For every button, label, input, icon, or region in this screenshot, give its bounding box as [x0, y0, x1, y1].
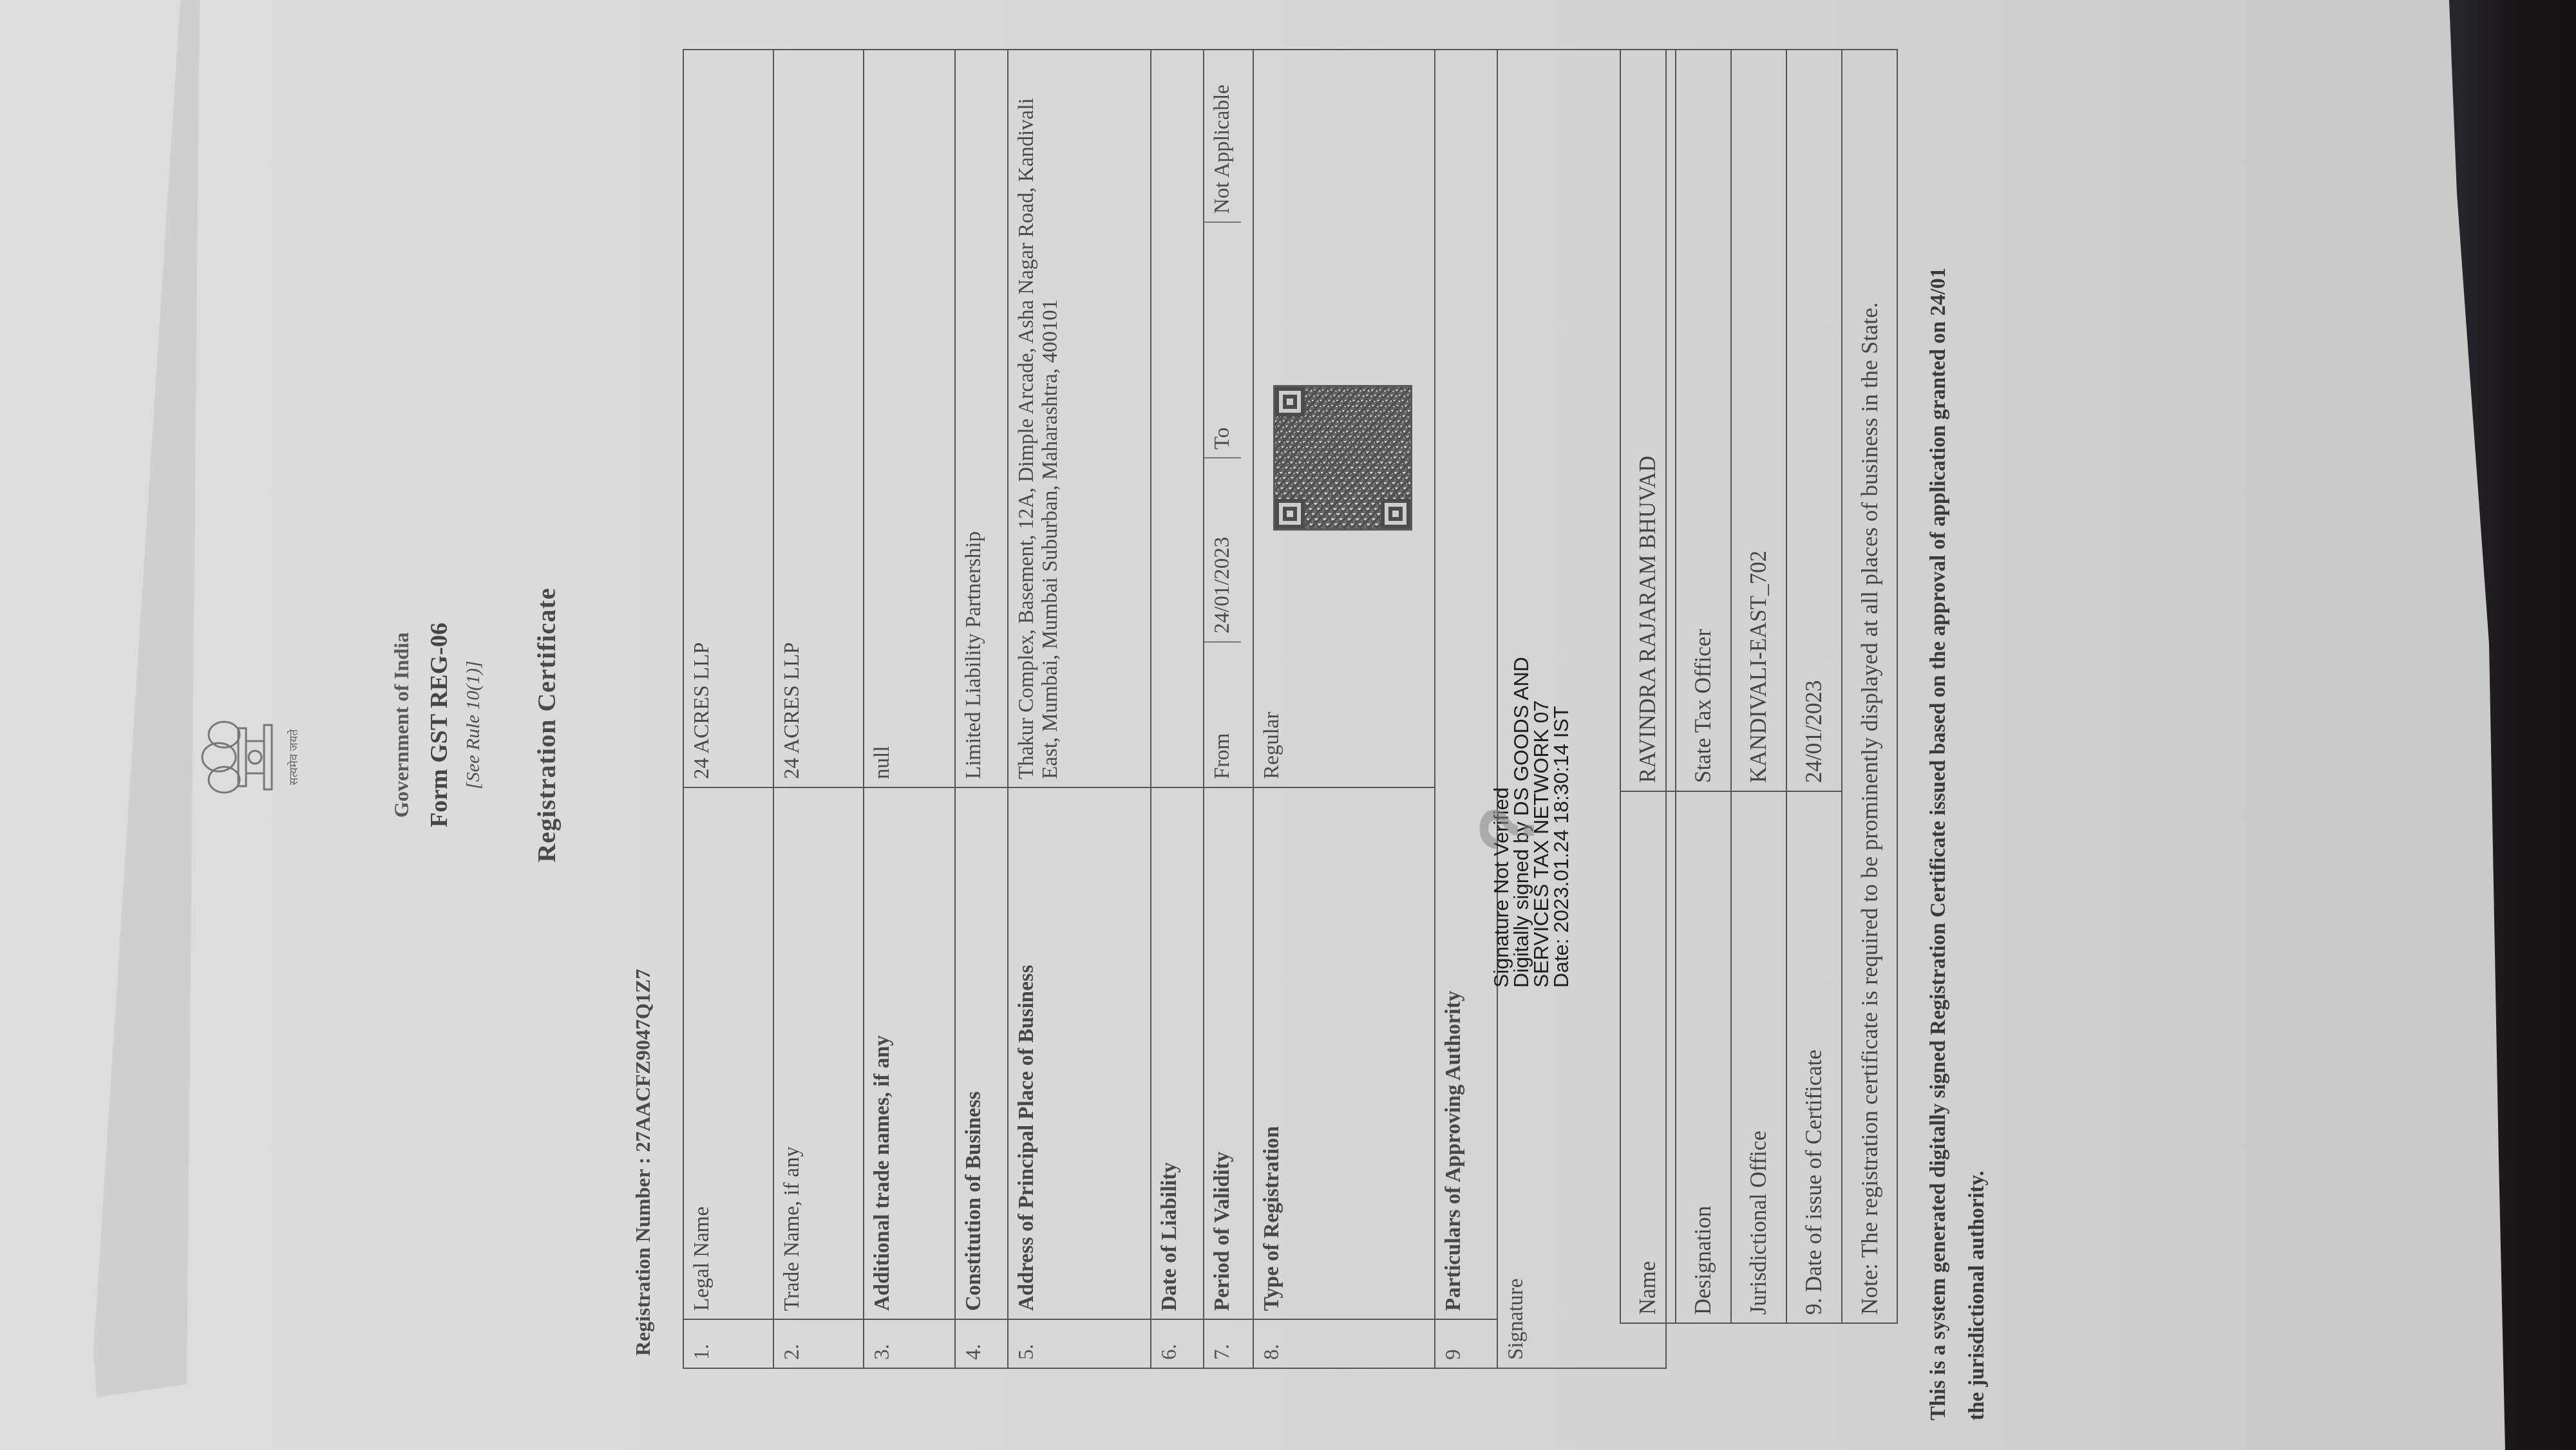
display-note: Note: The registration certificate is re… — [1842, 50, 1897, 1323]
designation-value: State Tax Officer — [1676, 50, 1731, 791]
to-date: Not Applicable — [1204, 77, 1241, 223]
constitution-value: Limited Liability Partnership — [955, 50, 1008, 787]
authority-label: Jurisdictional Office — [1731, 791, 1786, 1323]
signature-status: Signature Not Verified — [1492, 498, 1511, 988]
from-date: 24/01/2023 — [1204, 458, 1241, 643]
table-row: 9. Date of issue of Certificate 24/01/20… — [1786, 50, 1842, 1323]
certificate-title: Registration Certificate — [531, 17, 562, 1433]
table-row: 5. Address of Principal Place of Busines… — [1008, 50, 1151, 1368]
table-row: 7. Period of Validity From 24/01/2023 To… — [1204, 50, 1253, 1368]
row-number: 2. — [773, 1319, 864, 1368]
authority-label: Designation — [1676, 791, 1731, 1323]
emblem-motto: सत्यमेव जयते — [286, 729, 301, 785]
row-number: 5. — [1008, 1319, 1151, 1368]
plastic-sleeve-edge — [93, 0, 201, 1397]
jurisdictional-office-value: KANDIVALI-EAST_702 — [1731, 50, 1786, 791]
question-mark-icon: ? — [1498, 805, 1518, 852]
qr-code[interactable] — [1273, 385, 1412, 531]
row-label: Period of Validity — [1204, 787, 1253, 1319]
table-row: 8. Type of Registration Regular — [1253, 50, 1435, 1368]
row-number: 6. — [1151, 1319, 1204, 1368]
government-heading: Government of India — [390, 17, 413, 1433]
table-row: Designation State Tax Officer — [1676, 50, 1731, 1323]
table-row: Jurisdictional Office KANDIVALI-EAST_702 — [1731, 50, 1786, 1323]
signed-by-org: SERVICES TAX NETWORK 07 — [1531, 498, 1551, 988]
rule-reference: [See Rule 10(1)] — [462, 17, 484, 1433]
national-emblem: सत्यमेव जयते — [193, 709, 316, 805]
additional-trade-names-value: null — [864, 50, 955, 787]
row-number: 1. — [683, 1319, 773, 1368]
trade-name-value: 24 ACRES LLP — [773, 50, 864, 787]
signature-label: Signature — [1504, 1279, 1528, 1360]
gst-registration-certificate: सत्यमेव जयते Government of India Form GS… — [193, 17, 2383, 1433]
table-row: 4. Constitution of Business Limited Liab… — [955, 50, 1008, 1368]
table-row: 6. Date of Liability — [1151, 50, 1204, 1368]
ashoka-emblem-icon — [193, 715, 283, 799]
authority-table: Name RAVINDRA RAJARAM BHUVAD Designation… — [1620, 49, 1898, 1324]
row-label: Date of Liability — [1151, 787, 1204, 1319]
footer-line-2: the jurisdictional authority. — [1958, 4, 1996, 1420]
row-label: Type of Registration — [1253, 787, 1435, 1319]
authority-label: Name — [1620, 791, 1676, 1323]
date-of-liability-value — [1151, 50, 1204, 787]
details-table: 1. Legal Name 24 ACRES LLP 2. Trade Name… — [683, 49, 1667, 1369]
legal-name-value: 24 ACRES LLP — [683, 50, 773, 787]
row-label: Address of Principal Place of Business — [1008, 787, 1151, 1319]
table-row: 2. Trade Name, if any 24 ACRES LLP — [773, 50, 864, 1368]
authority-name-value: RAVINDRA RAJARAM BHUVAD — [1620, 50, 1676, 791]
digital-signature-stamp[interactable]: ? Signature Not Verified Digitally signe… — [1492, 498, 1571, 988]
row-label: Additional trade names, if any — [864, 787, 955, 1319]
footer-disclaimer: This is a system generated digitally sig… — [1919, 4, 1996, 1420]
to-label: To — [1204, 223, 1241, 458]
row-number: 7. — [1204, 1319, 1253, 1368]
row-label: Trade Name, if any — [773, 787, 864, 1319]
approving-authority-cell: Particulars of Approving Authority — [1435, 50, 1497, 1319]
table-row: 1. Legal Name 24 ACRES LLP — [683, 50, 773, 1368]
authority-label: 9. Date of issue of Certificate — [1786, 791, 1842, 1323]
validity-cell: From 24/01/2023 To Not Applicable — [1204, 50, 1253, 787]
issue-date-value: 24/01/2023 — [1786, 50, 1842, 791]
address-value: Thakur Complex, Basement, 12A, Dimple Ar… — [1008, 50, 1151, 787]
row-number: 8. — [1253, 1319, 1435, 1368]
table-row: Name RAVINDRA RAJARAM BHUVAD — [1620, 50, 1676, 1323]
table-row: 3. Additional trade names, if any null — [864, 50, 955, 1368]
row-label: Particulars of Approving Authority — [1442, 991, 1465, 1311]
row-number: 3. — [864, 1319, 955, 1368]
row-label: Legal Name — [683, 787, 773, 1319]
dark-background-edge — [2418, 0, 2576, 1450]
form-heading: Form GST REG-06 — [425, 17, 453, 1433]
signature-date: Date: 2023.01.24 18:30:14 IST — [1551, 498, 1571, 988]
registration-type-value: Regular — [1260, 712, 1283, 779]
row-number: 9 — [1435, 1319, 1497, 1368]
from-label: From — [1204, 643, 1241, 787]
registration-type-cell: Regular — [1253, 50, 1435, 787]
signed-by-line: Digitally signed by DS GOODS AND — [1511, 498, 1531, 988]
note-row: Note: The registration certificate is re… — [1842, 50, 1897, 1323]
row-label: Constitution of Business — [955, 787, 1008, 1319]
row-number: 4. — [955, 1319, 1008, 1368]
validity-period: From 24/01/2023 To Not Applicable — [1204, 50, 1241, 787]
registration-number: Registration Number : 27AACFZ9047Q1Z7 — [631, 969, 655, 1356]
table-row: 9 Particulars of Approving Authority — [1435, 50, 1497, 1368]
footer-line-1: This is a system generated digitally sig… — [1919, 4, 1958, 1420]
